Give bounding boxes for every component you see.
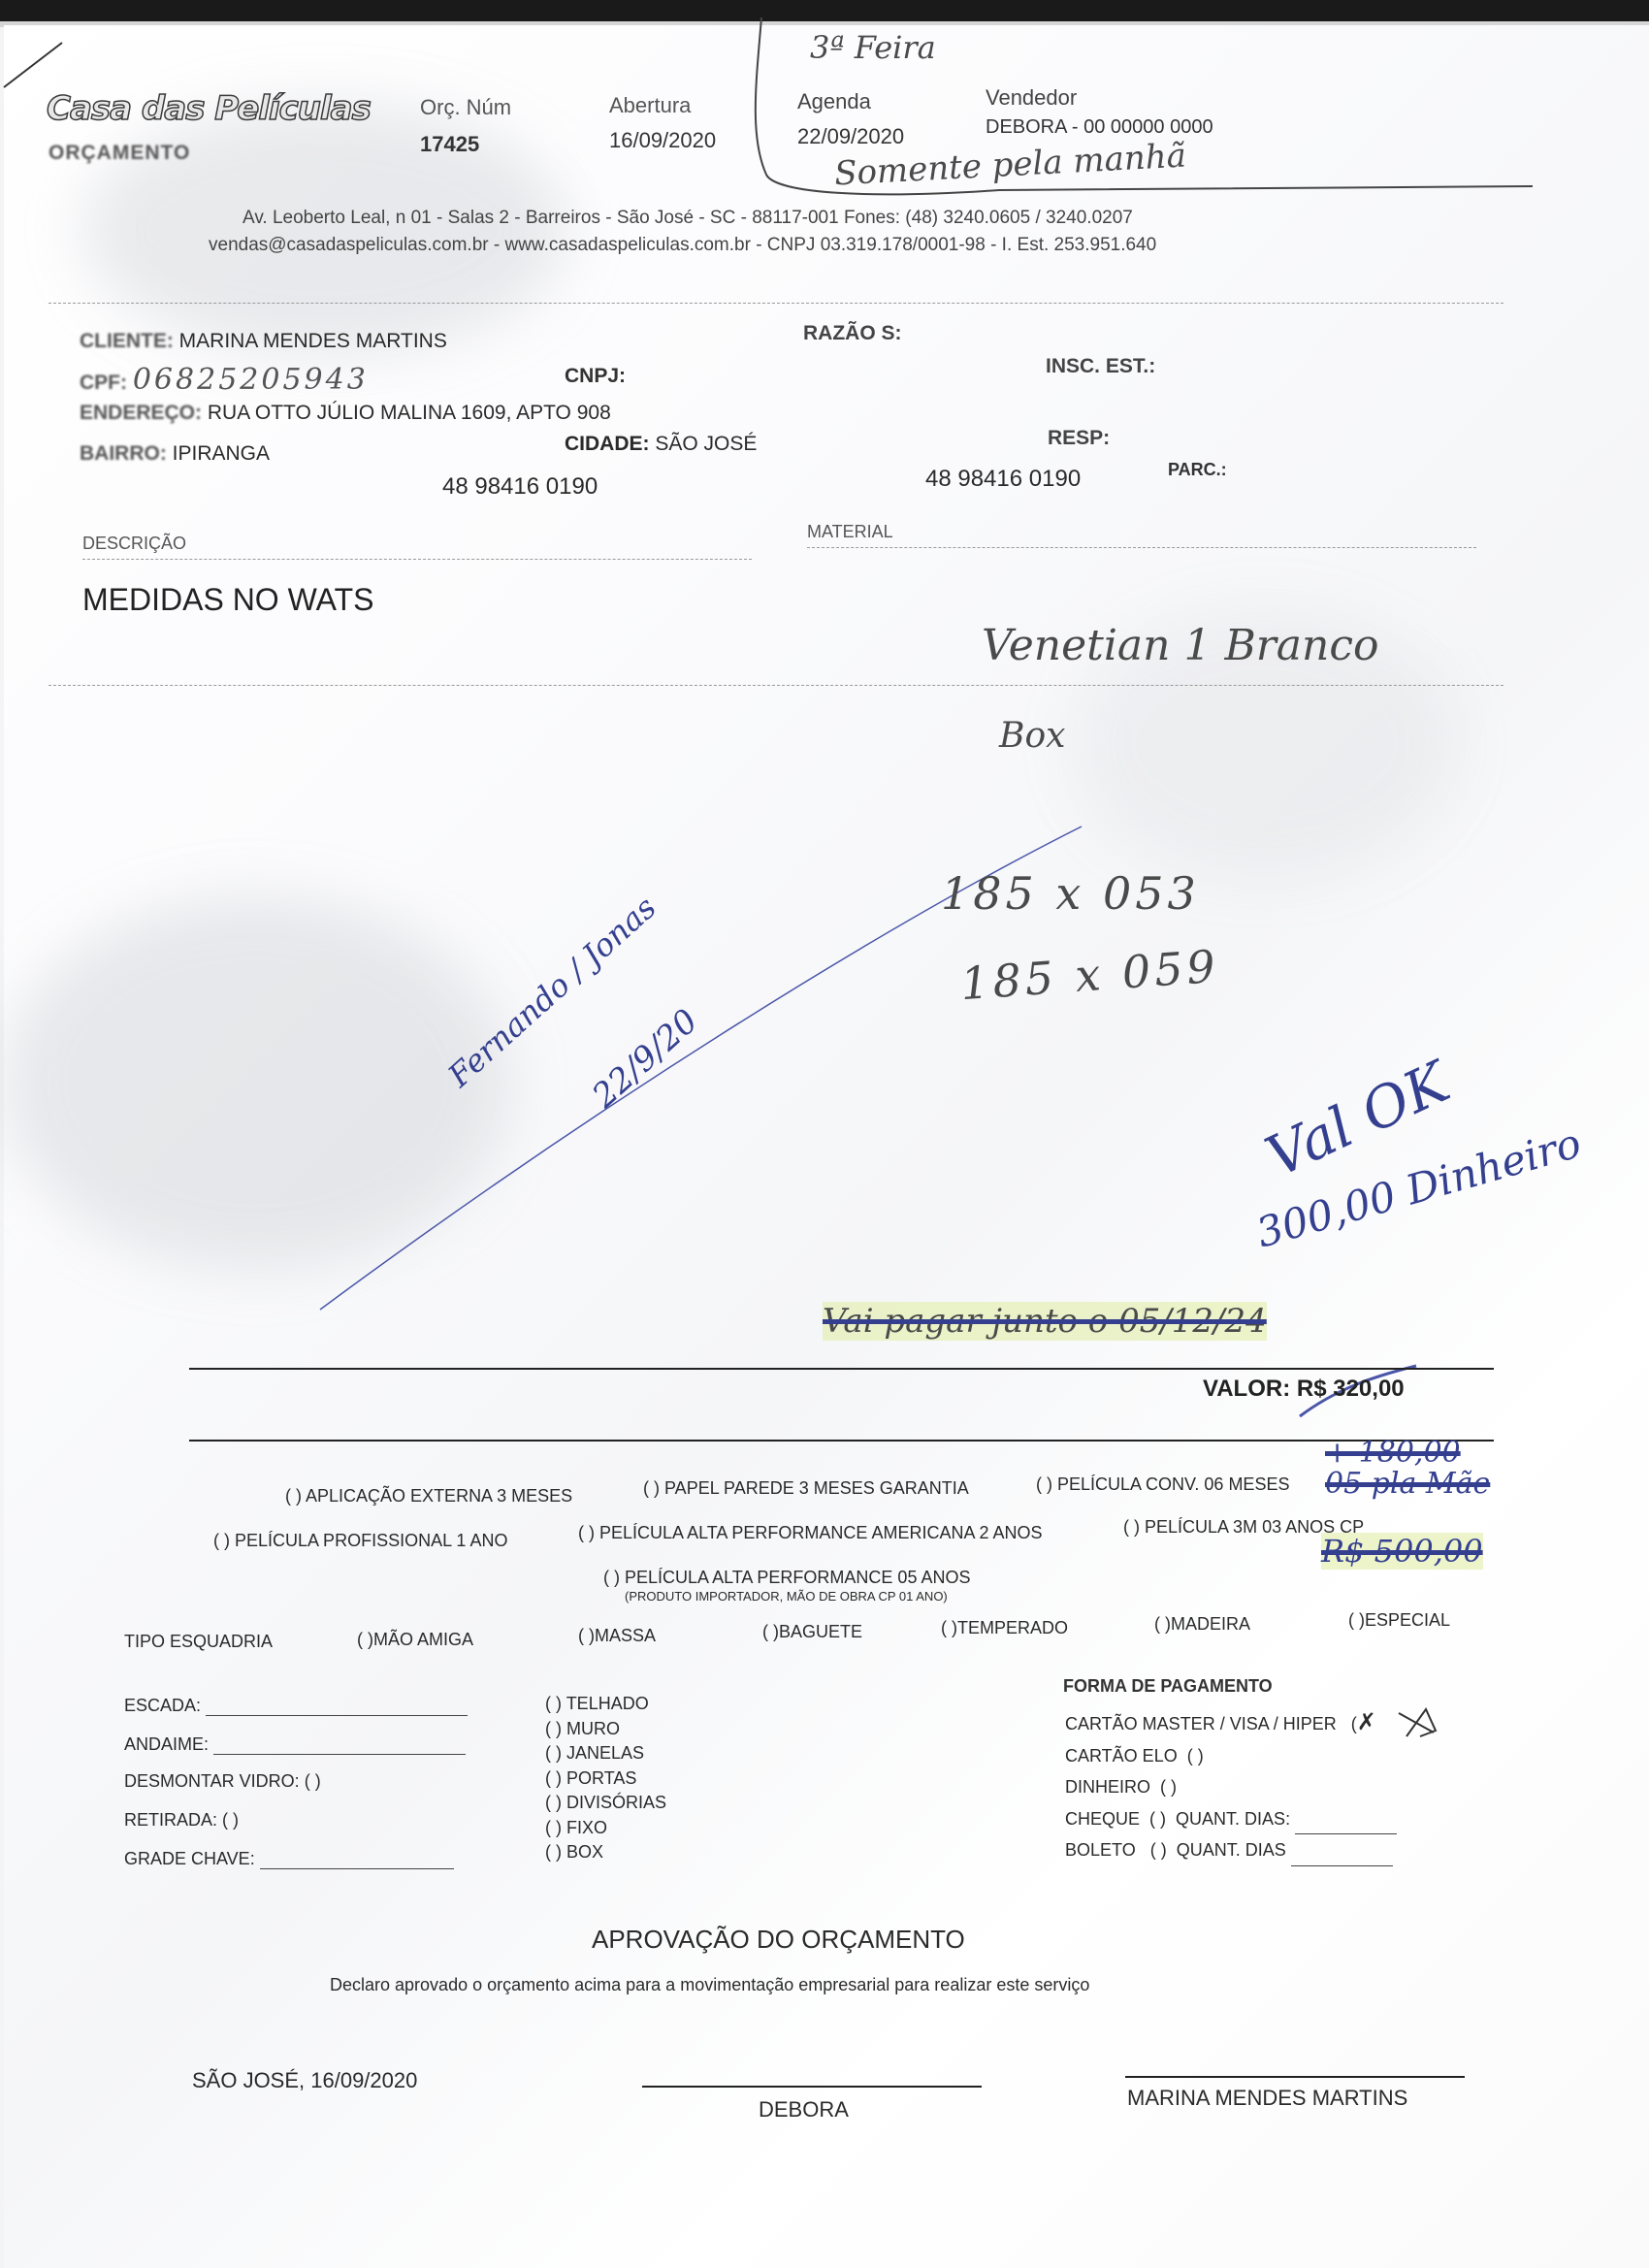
payment-option-elo[interactable]: CARTÃO ELO ( ) — [1065, 1740, 1397, 1772]
divider — [48, 303, 1503, 304]
endereco-value: RUA OTTO JÚLIO MALINA 1609, APTO 908 — [208, 402, 611, 424]
andaime-field[interactable]: ANDAIME: — [124, 1734, 466, 1755]
service-option[interactable]: ( ) APLICAÇÃO EXTERNA 3 MESES — [285, 1486, 572, 1507]
payment-options: CARTÃO MASTER / VISA / HIPER (✗ CARTÃO E… — [1065, 1707, 1397, 1866]
esquadria-option[interactable]: ( )TEMPERADO — [941, 1618, 1068, 1638]
handwritten-measure-1: 185 x 053 — [941, 867, 1200, 920]
paper-crease-shadow — [4, 898, 508, 1267]
service-option[interactable]: ( ) PELÍCULA CONV. 06 MESES — [1036, 1474, 1289, 1495]
escada-field[interactable]: ESCADA: — [124, 1696, 468, 1716]
signature-line-seller[interactable] — [642, 2086, 982, 2088]
checkbox[interactable]: ( ) — [285, 1486, 302, 1506]
handwritten-material-box: Box — [999, 716, 1065, 756]
handwritten-struck-price: + 180,00 — [1325, 1436, 1461, 1470]
checkbox[interactable]: ( ) — [1149, 1809, 1166, 1829]
endereco-row: ENDEREÇO: RUA OTTO JÚLIO MALINA 1609, AP… — [80, 402, 611, 425]
esquadria-option[interactable]: ( )MÃO AMIGA — [357, 1630, 473, 1650]
cpf-label: CPF: — [80, 372, 127, 394]
vendedor-label: Vendedor — [986, 85, 1077, 111]
checkbox[interactable]: ( ) — [1187, 1746, 1204, 1766]
agenda-value: 22/09/2020 — [797, 124, 904, 149]
service-option[interactable]: ( ) PELÍCULA ALTA PERFORMANCE AMERICANA … — [578, 1523, 1043, 1543]
cpf-value: 06825205943 — [133, 363, 369, 397]
checkbox[interactable]: ( ) — [1348, 1610, 1365, 1630]
cidade-row: CIDADE: SÃO JOSÉ — [565, 433, 757, 456]
checkbox[interactable]: ( ) — [643, 1478, 660, 1498]
paper-crease-shadow — [81, 103, 566, 355]
client-name-row: CLIENTE: MARINA MENDES MARTINS — [80, 330, 447, 353]
local-option[interactable]: ( ) JANELAS — [545, 1741, 666, 1766]
checkbox[interactable]: ( ) — [1160, 1777, 1177, 1797]
local-option[interactable]: ( ) FIXO — [545, 1816, 666, 1841]
service-option[interactable]: ( ) PAPEL PAREDE 3 MESES GARANTIA — [643, 1478, 969, 1499]
doc-type-label: ORÇAMENTO — [48, 142, 190, 165]
andaime-input[interactable] — [213, 1736, 466, 1755]
desmontar-vidro-field[interactable]: DESMONTAR VIDRO: ( ) — [124, 1771, 321, 1792]
handwritten-struck-price: R$ 500,00 — [1321, 1533, 1483, 1570]
razao-social-label: RAZÃO S: — [803, 322, 902, 345]
handwritten-material-venetian: Venetian 1 Branco — [982, 621, 1379, 670]
resp-label: RESP: — [1048, 427, 1110, 450]
service-option[interactable]: ( ) PELÍCULA ALTA PERFORMANCE 05 ANOS — [603, 1568, 970, 1588]
abertura-value: 16/09/2020 — [609, 128, 716, 153]
descricao-value: MEDIDAS NO WATS — [82, 582, 373, 618]
valor-row: VALOR: R$ 320,00 — [1203, 1376, 1405, 1403]
checkbox[interactable]: ( ) — [545, 1793, 562, 1812]
handwritten-struck-note: 05 pla Mãe — [1325, 1467, 1490, 1501]
vendedor-value: DEBORA - 00 00000 0000 — [986, 116, 1213, 139]
agenda-label: Agenda — [797, 89, 871, 114]
checkbox[interactable]: ( ) — [1036, 1474, 1052, 1494]
valor-bottom-rule — [189, 1440, 1494, 1442]
checkbox[interactable]: ( ) — [545, 1743, 562, 1763]
resp-phone: 48 98416 0190 — [925, 466, 1081, 493]
checkbox[interactable]: ( ) — [603, 1568, 620, 1587]
bairro-value: IPIRANGA — [173, 442, 270, 465]
local-options: ( ) TELHADO ( ) MURO ( ) JANELAS ( ) POR… — [545, 1692, 666, 1865]
endereco-label: ENDEREÇO: — [80, 402, 202, 424]
insc-est-label: INSC. EST.: — [1046, 355, 1155, 378]
esquadria-option[interactable]: ( )MASSA — [578, 1626, 656, 1646]
local-option[interactable]: ( ) MURO — [545, 1717, 666, 1742]
orc-num-value: 17425 — [420, 132, 479, 157]
checkbox[interactable]: ( ) — [1150, 1840, 1167, 1860]
cidade-value: SÃO JOSÉ — [655, 433, 757, 455]
local-option[interactable]: ( ) DIVISÓRIAS — [545, 1791, 666, 1816]
tipo-esquadria-label: TIPO ESQUADRIA — [124, 1632, 273, 1652]
checkbox[interactable]: ( ) — [545, 1842, 562, 1862]
retirada-field[interactable]: RETIRADA: ( ) — [124, 1810, 239, 1831]
company-logo: Casa das Películas — [47, 89, 371, 128]
esquadria-option[interactable]: ( )BAGUETE — [762, 1622, 862, 1642]
payment-title: FORMA DE PAGAMENTO — [1063, 1676, 1273, 1697]
checkbox[interactable]: ( ) — [941, 1618, 957, 1637]
client-phone: 48 98416 0190 — [442, 473, 598, 501]
signature-line-client[interactable] — [1125, 2076, 1465, 2078]
payment-option-cheque[interactable]: CHEQUE ( ) QUANT. DIAS: — [1065, 1803, 1397, 1835]
checkbox[interactable]: ( ) — [1154, 1614, 1171, 1634]
abertura-label: Abertura — [609, 93, 691, 118]
checkbox[interactable]: ( ) — [545, 1719, 562, 1738]
scan-border-top — [0, 0, 1649, 21]
esquadria-option[interactable]: ( )MADEIRA — [1154, 1614, 1250, 1635]
company-address: Av. Leoberto Leal, n 01 - Salas 2 - Barr… — [242, 208, 1133, 229]
bairro-row: BAIRRO: IPIRANGA — [80, 442, 270, 466]
company-contact: vendas@casadaspeliculas.com.br - www.cas… — [209, 235, 1156, 256]
valor-top-rule — [189, 1368, 1494, 1370]
cliente-value: MARINA MENDES MARTINS — [179, 330, 447, 352]
payment-option-cash[interactable]: DINHEIRO ( ) — [1065, 1771, 1397, 1803]
checkbox[interactable]: ( ) — [578, 1523, 595, 1542]
cheque-days-input[interactable] — [1295, 1816, 1397, 1834]
handwritten-struck-payment-note: Vai pagar junto o 05/12/24 — [823, 1302, 1267, 1341]
grade-chave-input[interactable] — [260, 1851, 454, 1869]
service-option[interactable]: ( ) PELÍCULA PROFISSIONAL 1 ANO — [213, 1531, 507, 1551]
signer-seller: DEBORA — [759, 2097, 849, 2122]
checkbox[interactable]: ( ) — [357, 1630, 373, 1649]
checkbox[interactable]: ( ) — [222, 1810, 239, 1830]
local-option[interactable]: ( ) PORTAS — [545, 1766, 666, 1792]
checkbox[interactable]: ( ) — [545, 1768, 562, 1788]
cnpj-label: CNPJ: — [565, 365, 626, 388]
checkbox[interactable]: ( ) — [545, 1694, 562, 1713]
local-option[interactable]: ( ) TELHADO — [545, 1692, 666, 1717]
check-mark-icon[interactable]: ✗ — [1357, 1709, 1376, 1735]
checkbox[interactable]: ( ) — [213, 1531, 230, 1550]
parcelas-label: PARC.: — [1168, 460, 1227, 480]
checkbox[interactable]: ( ) — [762, 1622, 779, 1641]
payment-option-card[interactable]: CARTÃO MASTER / VISA / HIPER (✗ — [1065, 1707, 1397, 1740]
checkbox[interactable]: ( ) — [305, 1771, 321, 1791]
escada-input[interactable] — [206, 1698, 468, 1716]
esquadria-option[interactable]: ( )ESPECIAL — [1348, 1610, 1450, 1631]
material-label: MATERIAL — [807, 522, 893, 542]
valor-label: VALOR: — [1203, 1376, 1290, 1402]
grade-chave-field[interactable]: GRADE CHAVE: — [124, 1849, 454, 1869]
checkbox[interactable]: ( ) — [545, 1818, 562, 1837]
boleto-days-input[interactable] — [1291, 1848, 1393, 1866]
cliente-label: CLIENTE: — [80, 330, 174, 352]
valor-value: R$ 320,00 — [1297, 1376, 1405, 1402]
divider — [48, 685, 1503, 686]
local-option[interactable]: ( ) BOX — [545, 1840, 666, 1865]
payment-option-boleto[interactable]: BOLETO ( ) QUANT. DIAS — [1065, 1834, 1397, 1866]
orc-num-label: Orç. Núm — [420, 95, 511, 120]
checkbox[interactable]: ( ) — [578, 1626, 595, 1645]
descricao-label: DESCRIÇÃO — [82, 534, 186, 554]
bairro-label: BAIRRO: — [80, 442, 167, 465]
checkbox[interactable]: ( ) — [1123, 1517, 1140, 1537]
approval-title: APROVAÇÃO DO ORÇAMENTO — [592, 1925, 965, 1955]
cpf-row: CPF: 06825205943 — [80, 363, 369, 397]
service-note: (PRODUTO IMPORTADOR, MÃO DE OBRA CP 01 A… — [625, 1589, 948, 1604]
approval-declaration: Declaro aprovado o orçamento acima para … — [330, 1975, 1089, 1995]
cidade-label: CIDADE: — [565, 433, 650, 455]
handwritten-weekday-note: 3ª Feira — [810, 29, 936, 66]
place-date: SÃO JOSÉ, 16/09/2020 — [192, 2068, 417, 2093]
divider — [807, 547, 1476, 548]
divider — [82, 559, 752, 560]
signer-client: MARINA MENDES MARTINS — [1127, 2086, 1407, 2111]
